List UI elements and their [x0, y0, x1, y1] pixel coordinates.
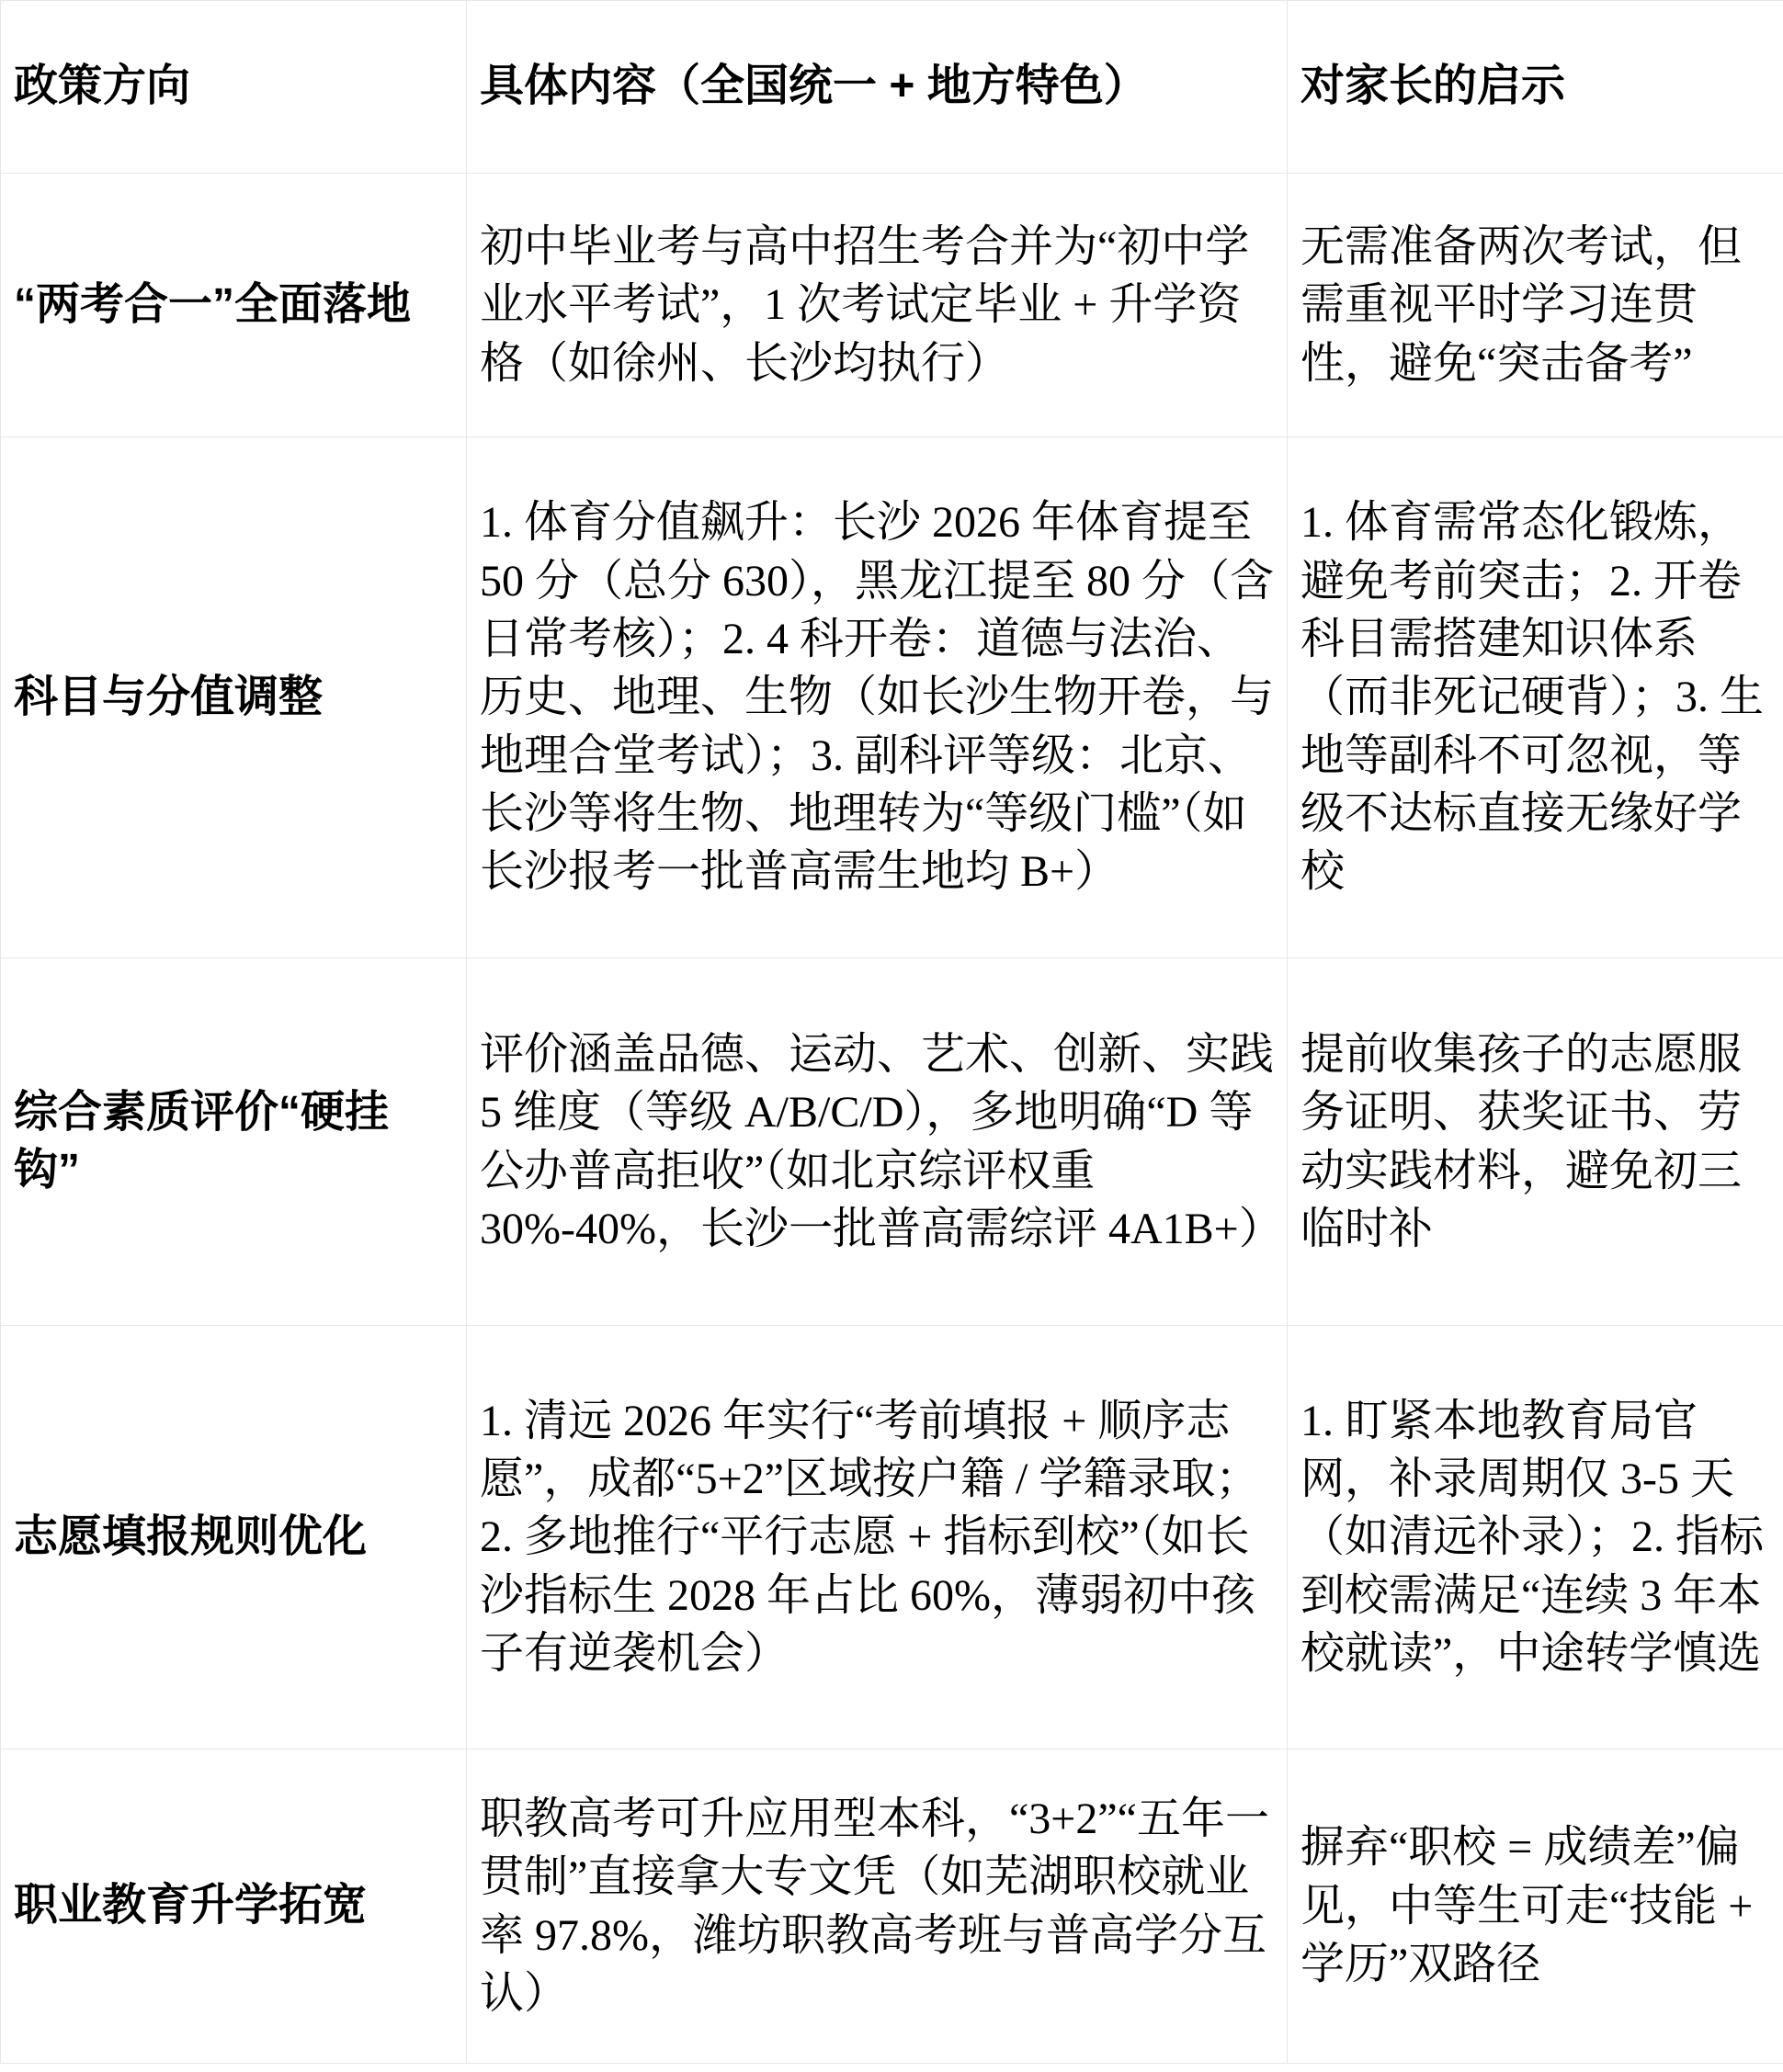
- table-header-row: 政策方向 具体内容（全国统一 + 地方特色） 对家长的启示: [1, 1, 1783, 174]
- policy-table: 政策方向 具体内容（全国统一 + 地方特色） 对家长的启示 “两考合一”全面落地…: [0, 0, 1783, 2064]
- policy-direction-cell: 志愿填报规则优化: [1, 1326, 467, 1749]
- policy-content-cell: 初中毕业考与高中招生考合并为“初中学业水平考试”，1 次考试定毕业 + 升学资格…: [467, 174, 1288, 437]
- parent-advice-cell: 提前收集孩子的志愿服务证明、获奖证书、劳动实践材料，避免初三临时补: [1288, 958, 1783, 1326]
- table-row: 综合素质评价“硬挂钩” 评价涵盖品德、运动、艺术、创新、实践 5 维度（等级 A…: [1, 958, 1783, 1326]
- parent-advice-cell: 无需准备两次考试，但需重视平时学习连贯性，避免“突击备考”: [1288, 174, 1783, 437]
- parent-advice-cell: 1. 盯紧本地教育局官网，补录周期仅 3-5 天（如清远补录）；2. 指标到校需…: [1288, 1326, 1783, 1749]
- header-parent-advice: 对家长的启示: [1288, 1, 1783, 174]
- policy-direction-cell: “两考合一”全面落地: [1, 174, 467, 437]
- header-specific-content: 具体内容（全国统一 + 地方特色）: [467, 1, 1288, 174]
- table-row: 职业教育升学拓宽 职教高考可升应用型本科，“3+2”“五年一贯制”直接拿大专文凭…: [1, 1749, 1783, 2064]
- policy-content-cell: 1. 清远 2026 年实行“考前填报 + 顺序志愿”，成都“5+2”区域按户籍…: [467, 1326, 1288, 1749]
- table-row: 科目与分值调整 1. 体育分值飙升：长沙 2026 年体育提至 50 分（总分 …: [1, 437, 1783, 958]
- policy-content-cell: 评价涵盖品德、运动、艺术、创新、实践 5 维度（等级 A/B/C/D），多地明确…: [467, 958, 1288, 1326]
- parent-advice-cell: 摒弃“职校 = 成绩差”偏见，中等生可走“技能 + 学历”双路径: [1288, 1749, 1783, 2064]
- policy-content-cell: 1. 体育分值飙升：长沙 2026 年体育提至 50 分（总分 630），黑龙江…: [467, 437, 1288, 958]
- policy-direction-cell: 综合素质评价“硬挂钩”: [1, 958, 467, 1326]
- table-row: “两考合一”全面落地 初中毕业考与高中招生考合并为“初中学业水平考试”，1 次考…: [1, 174, 1783, 437]
- policy-direction-cell: 科目与分值调整: [1, 437, 467, 958]
- table-row: 志愿填报规则优化 1. 清远 2026 年实行“考前填报 + 顺序志愿”，成都“…: [1, 1326, 1783, 1749]
- parent-advice-cell: 1. 体育需常态化锻炼，避免考前突击；2. 开卷科目需搭建知识体系（而非死记硬背…: [1288, 437, 1783, 958]
- policy-direction-cell: 职业教育升学拓宽: [1, 1749, 467, 2064]
- header-policy-direction: 政策方向: [1, 1, 467, 174]
- policy-content-cell: 职教高考可升应用型本科，“3+2”“五年一贯制”直接拿大专文凭（如芜湖职校就业率…: [467, 1749, 1288, 2064]
